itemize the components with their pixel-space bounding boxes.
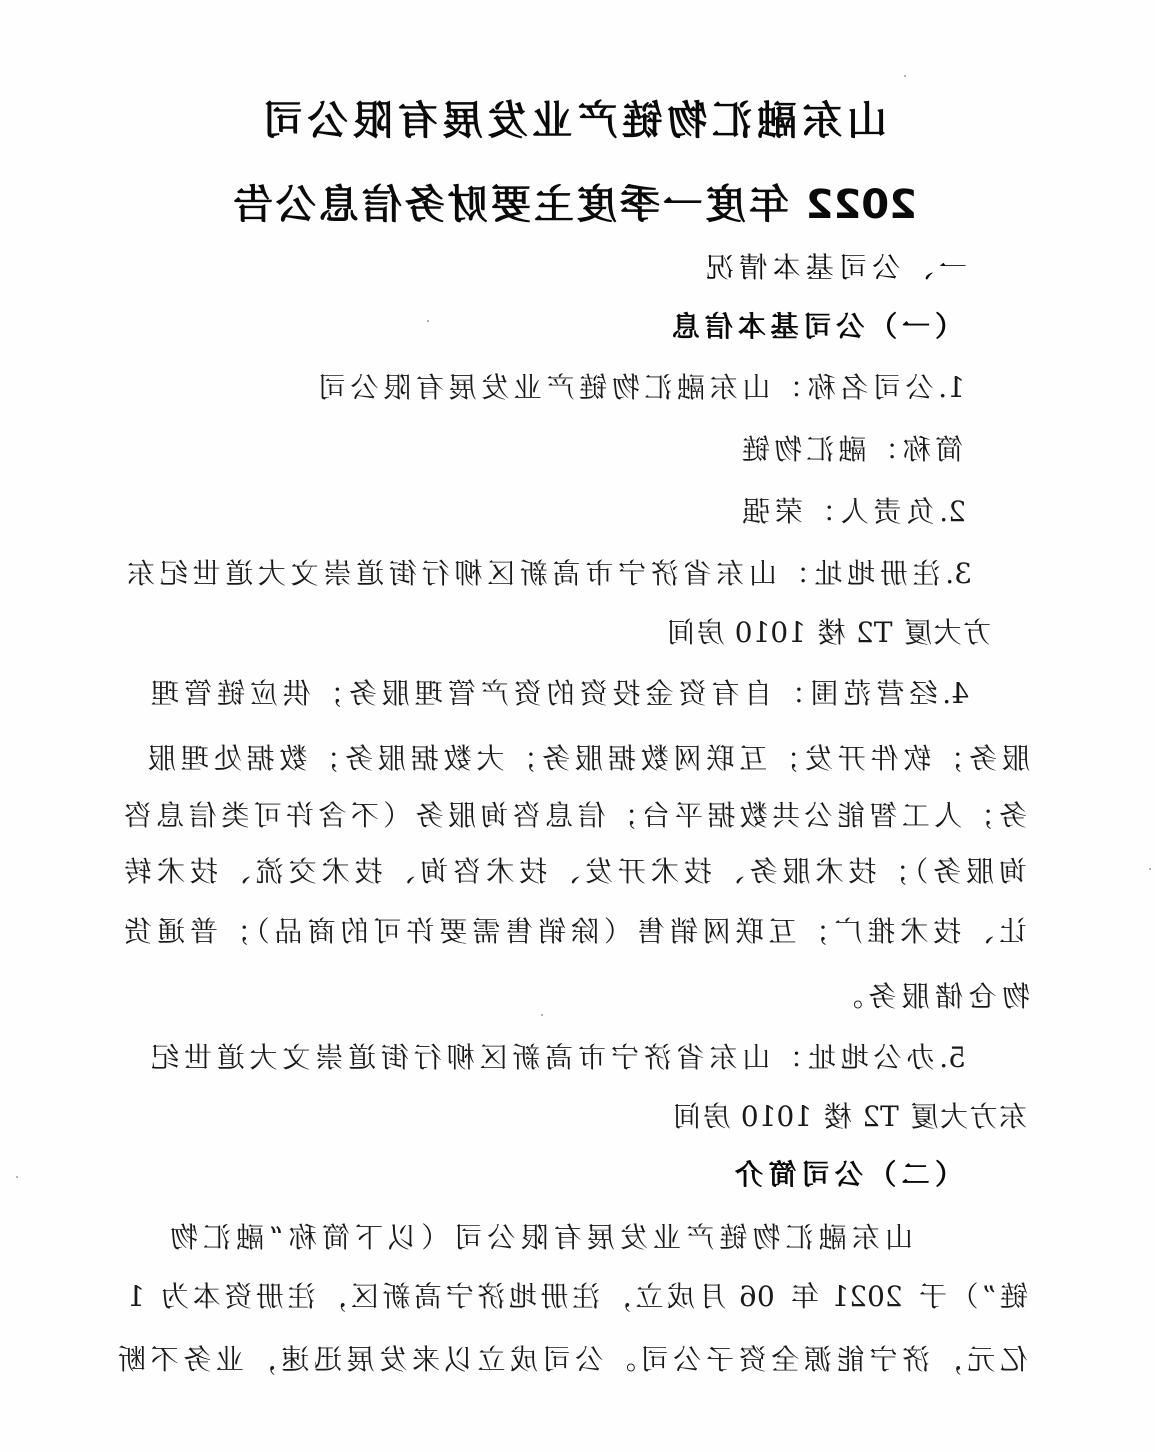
company-name-line: 1.公司名称：山东融汇物链产业发展有限公司 [318,372,965,404]
business-scope-line-4: 询服务）；技术服务、技术开发、技术咨询、技术交流、技术转 [124,856,1027,888]
company-profile-line-3: 亿元，济宁能源全资子公司。公司成立以来发展迅速，业务不断 [118,1344,1028,1376]
company-profile-line-1: 山东融汇物链产业发展有限公司（以下简称“融汇物 [170,1222,913,1254]
subsection-heading-basic-info: （一）公司基本信息 [672,311,963,343]
person-in-charge-line: 2.负责人：荣强 [742,496,966,528]
business-scope-line-5: 让、技术推广；互联网销售（除销售需要许可的商品）；普通货 [124,916,1027,948]
mirrored-document-page: 山东融汇物链产业发展有限公司 2022 年度一季度主要财务信息公告 一、公司基本… [0,0,1155,1452]
company-profile-line-2: 链”）于 2021 年 06 月成立，注册地济宁高新区，注册资本为 1 [127,1281,1028,1313]
business-scope-line-3: 务；人工智能公共数据平台；信息咨询服务（不含许可类信息咨 [124,800,1027,832]
short-name-line: 简称：融汇物链 [742,434,963,466]
business-scope-line-6: 物仓储服务。 [835,981,1030,1013]
scan-speck [904,75,906,77]
subsection-heading-company-profile: （二）公司简介 [735,1159,963,1191]
registered-address-line-1: 3.注册地址：山东省济宁市高新区柳行街道崇文大道世纪东 [127,558,972,590]
document-title-line-2: 2022 年度一季度主要财务信息公告 [233,183,917,227]
business-scope-line-2: 服务；软件开发；互联网数据服务；大数据服务；数据处理服 [148,743,1030,775]
registered-address-line-2: 方大厦 T2 楼 1010 房间 [667,617,991,649]
scan-speck [16,1176,18,1178]
section-heading-basic-situation: 一、公司基本情况 [706,252,967,284]
scan-speck [541,1014,543,1016]
document-title-line-1: 山东融汇物链产业发展有限公司 [263,99,887,143]
office-address-line-2: 东方大厦 T2 楼 1010 房间 [673,1101,1027,1133]
business-scope-line-1: 4.经营范围：自有资金投资的资产管理服务；供应链管理 [151,678,969,710]
scan-speck [427,320,429,322]
office-address-line-1: 5.办公地址：山东省济宁市高新区柳行街道崇文大道世纪 [151,1042,966,1074]
scan-speck [1149,868,1151,870]
